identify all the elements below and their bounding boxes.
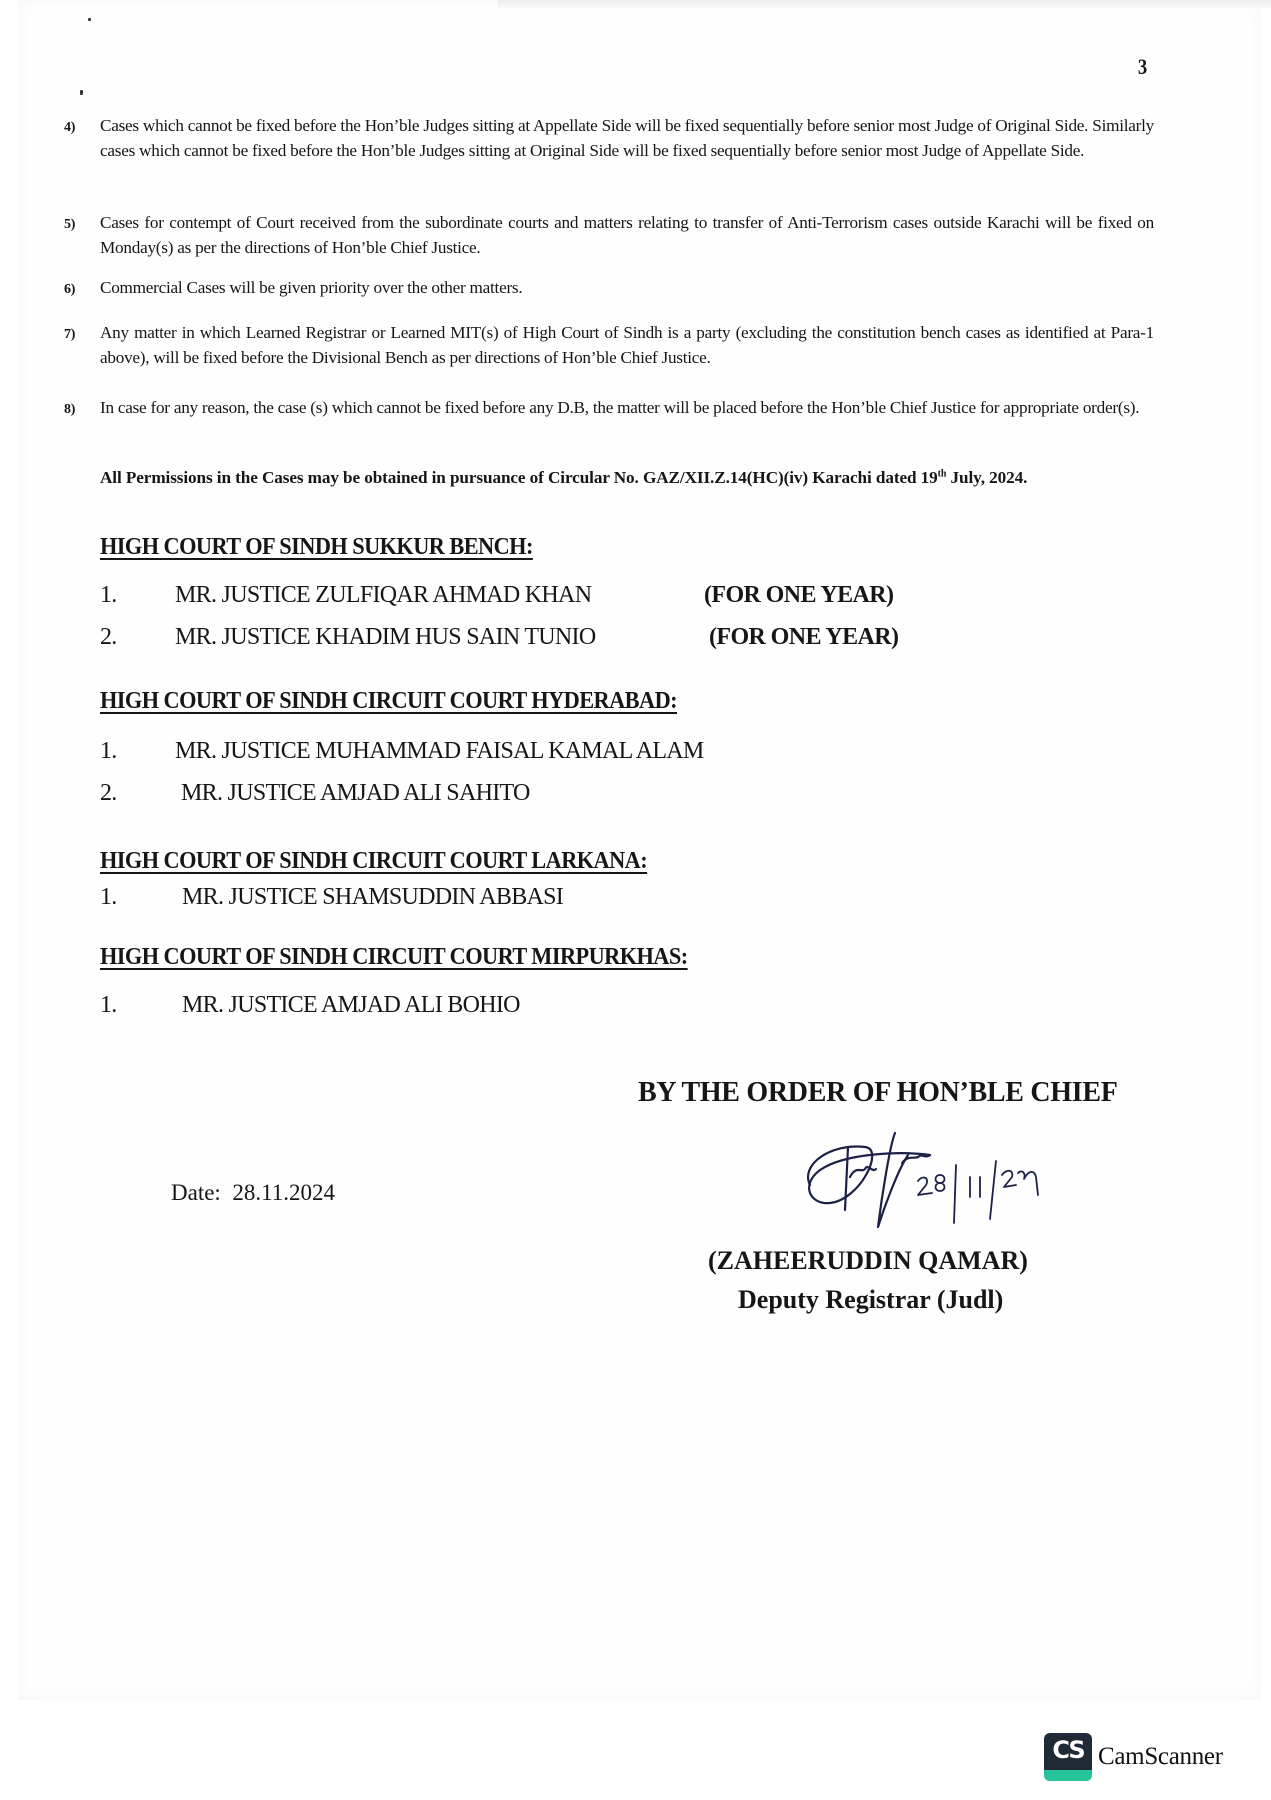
paragraph-number: 7) <box>64 323 98 348</box>
paragraph-text: Any matter in which Learned Registrar or… <box>100 321 1154 370</box>
date-value: 28.11.2024 <box>232 1180 335 1205</box>
judge-row: 1.MR. JUSTICE ZULFIQAR AHMAD KHAN <box>100 582 591 609</box>
permissions-note-text-after: July, 2024. <box>946 468 1027 487</box>
paragraph-4: 4) Cases which cannot be fixed before th… <box>64 114 1154 163</box>
page-number: 3 <box>1138 54 1147 80</box>
judge-name: MR. JUSTICE KHADIM HUS SAIN TUNIO <box>175 624 595 651</box>
permissions-note-text: All Permissions in the Cases may be obta… <box>100 468 938 487</box>
paragraph-8: 8) In case for any reason, the case (s) … <box>64 396 1154 421</box>
paragraph-text: Commercial Cases will be given priority … <box>100 276 1154 301</box>
order-line: BY THE ORDER OF HON’BLE CHIEF <box>638 1077 1118 1109</box>
permissions-note: All Permissions in the Cases may be obta… <box>100 466 1154 490</box>
signatory-name: (ZAHEERUDDIN QAMAR) <box>708 1246 1028 1276</box>
judge-number: 1. <box>100 738 175 765</box>
judge-number: 2. <box>100 624 175 651</box>
judge-row: 1.MR. JUSTICE SHAMSUDDIN ABBASI <box>100 884 563 911</box>
judge-name: MR. JUSTICE MUHAMMAD FAISAL KAMAL ALAM <box>175 738 704 765</box>
paragraph-number: 8) <box>64 398 98 423</box>
paragraph-number: 4) <box>64 116 98 141</box>
judge-number: 1. <box>100 992 182 1019</box>
paragraph-text: In case for any reason, the case (s) whi… <box>100 396 1154 421</box>
scan-speck <box>88 18 91 21</box>
judge-name: MR. JUSTICE AMJAD ALI SAHITO <box>181 780 530 807</box>
paragraph-7: 7) Any matter in which Learned Registrar… <box>64 321 1154 370</box>
judge-term: (FOR ONE YEAR) <box>709 624 898 651</box>
judge-name: MR. JUSTICE ZULFIQAR AHMAD KHAN <box>175 582 591 609</box>
judge-row: 1.MR. JUSTICE AMJAD ALI BOHIO <box>100 992 520 1019</box>
judge-row: 2.MR. JUSTICE KHADIM HUS SAIN TUNIO <box>100 624 595 651</box>
heading-sukkur-bench: HIGH COURT OF SINDH SUKKUR BENCH: <box>100 534 533 561</box>
paragraph-number: 6) <box>64 278 98 303</box>
judge-row: 1.MR. JUSTICE MUHAMMAD FAISAL KAMAL ALAM <box>100 738 704 765</box>
judge-number: 1. <box>100 582 175 609</box>
judge-term: (FOR ONE YEAR) <box>704 582 893 609</box>
judge-row: 2.MR. JUSTICE AMJAD ALI SAHITO <box>100 780 530 807</box>
paragraph-text: Cases which cannot be fixed before the H… <box>100 114 1154 163</box>
handwritten-signature <box>790 1125 1100 1235</box>
paragraph-5: 5) Cases for contempt of Court received … <box>64 211 1154 260</box>
signatory-title: Deputy Registrar (Judl) <box>738 1285 1003 1315</box>
judge-name: MR. JUSTICE SHAMSUDDIN ABBASI <box>182 884 563 911</box>
heading-mirpurkhas-circuit: HIGH COURT OF SINDH CIRCUIT COURT MIRPUR… <box>100 944 688 971</box>
paragraph-text: Cases for contempt of Court received fro… <box>100 211 1154 260</box>
camscanner-watermark: CS CamScanner <box>1044 1733 1223 1781</box>
paragraph-6: 6) Commercial Cases will be given priori… <box>64 276 1154 301</box>
heading-larkana-circuit: HIGH COURT OF SINDH CIRCUIT COURT LARKAN… <box>100 848 647 875</box>
paragraph-number: 5) <box>64 213 98 238</box>
logo-text: CS <box>1044 1736 1092 1764</box>
judge-number: 1. <box>100 884 182 911</box>
date-line: Date: 28.11.2024 <box>171 1180 335 1206</box>
camscanner-name: CamScanner <box>1098 1743 1223 1771</box>
logo-band <box>1044 1770 1092 1781</box>
judge-name: MR. JUSTICE AMJAD ALI BOHIO <box>182 992 520 1019</box>
camscanner-logo-icon: CS <box>1044 1733 1092 1781</box>
judge-number: 2. <box>100 780 181 807</box>
heading-hyderabad-circuit: HIGH COURT OF SINDH CIRCUIT COURT HYDERA… <box>100 688 677 715</box>
scan-edge-shadow <box>498 0 1271 8</box>
scan-speck <box>80 90 83 95</box>
date-label: Date: <box>171 1180 221 1205</box>
